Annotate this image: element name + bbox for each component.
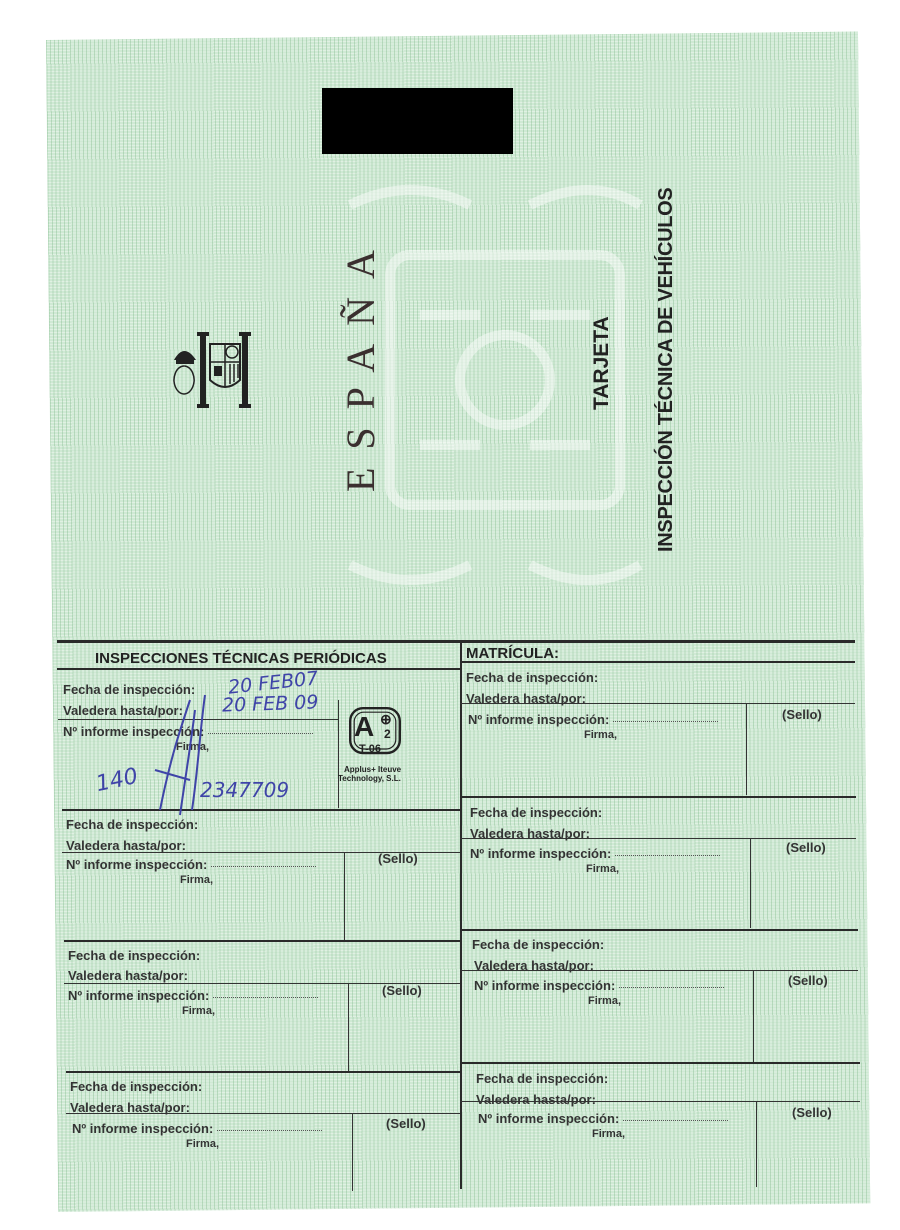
center-divider (460, 641, 462, 1189)
sello-label: (Sello) (782, 707, 822, 722)
valedera-label: Valedera hasta/por: (476, 1092, 596, 1107)
firma-label: Firma, (182, 1005, 215, 1017)
informe-input[interactable] (615, 855, 720, 856)
sello-label: (Sello) (788, 973, 828, 988)
informe-input[interactable] (619, 987, 724, 988)
block-divider (460, 929, 858, 931)
handwritten-valedera: 20 FEB 09 (222, 691, 319, 716)
row-divider (460, 1101, 860, 1102)
informe-label: Nº informe inspección: (468, 712, 609, 727)
block-divider (62, 809, 460, 811)
sello-label: (Sello) (792, 1105, 832, 1120)
informe-label: Nº informe inspección: (474, 978, 615, 993)
row-divider (460, 703, 855, 704)
sello-label: (Sello) (386, 1116, 426, 1131)
informe-label: Nº informe inspección: (66, 857, 207, 872)
firma-label: Firma, (592, 1128, 625, 1140)
sello-divider (753, 970, 754, 1062)
country-title: ESPAÑA (285, 230, 365, 510)
informe-label: Nº informe inspección: (470, 846, 611, 861)
block-divider (460, 1062, 860, 1064)
stamp-company-line1: Applus+ Iteuve (344, 765, 401, 774)
country-name: ESPAÑA (337, 232, 384, 492)
firma-label: Firma, (186, 1138, 219, 1150)
sello-divider (750, 838, 751, 928)
fecha-label: Fecha de inspección: (472, 937, 604, 952)
card-title-text: INSPECCIÓN TÉCNICA DE VEHÍCULOS (655, 188, 678, 552)
row-divider (460, 970, 858, 971)
form-top-border (57, 640, 855, 643)
row-divider (460, 838, 856, 839)
fecha-label: Fecha de inspección: (466, 670, 598, 685)
informe-label: Nº informe inspección: (478, 1111, 619, 1126)
itv-stamp-icon (340, 705, 410, 765)
sello-label: (Sello) (786, 840, 826, 855)
informe-row: Nº informe inspección: (66, 857, 316, 872)
spain-coat-of-arms-icon (172, 330, 258, 410)
sello-divider (352, 1113, 353, 1191)
sello-label: (Sello) (382, 983, 422, 998)
fecha-label: Fecha de inspección: (70, 1079, 202, 1094)
stamp-number: 2 (384, 727, 391, 741)
informe-row: Nº informe inspección: (474, 978, 724, 993)
valedera-label: Valedera hasta/por: (66, 838, 186, 853)
redacted-block (322, 88, 513, 154)
stamp-code: T-06 (359, 743, 381, 755)
informe-input[interactable] (217, 1130, 322, 1131)
informe-input[interactable] (208, 733, 313, 734)
fecha-label: Fecha de inspección: (476, 1071, 608, 1086)
stamp-letter: A (354, 711, 374, 743)
right-header: MATRÍCULA: (466, 645, 559, 662)
left-header-divider (57, 668, 460, 670)
card-type-text: TARJETA (590, 316, 614, 410)
signature-scribble-icon (130, 690, 220, 820)
stamp-plus: ⊕ (380, 711, 392, 728)
informe-input[interactable] (211, 866, 316, 867)
informe-row: Nº informe inspección: (470, 846, 720, 861)
sello-divider (746, 703, 747, 795)
sello-divider (344, 852, 345, 940)
informe-row: Nº informe inspección: (478, 1111, 728, 1126)
informe-input[interactable] (613, 721, 718, 722)
firma-label: Firma, (584, 729, 617, 741)
left-header: INSPECCIONES TÉCNICAS PERIÓDICAS (95, 650, 387, 667)
informe-row: Nº informe inspección: (72, 1121, 322, 1136)
firma-label: Firma, (586, 863, 619, 875)
row-divider (66, 1113, 460, 1114)
block-divider (66, 1071, 460, 1073)
stamp-company-line2: Technology, S.L. (338, 774, 401, 783)
block-divider (64, 940, 460, 942)
firma-label: Firma, (180, 874, 213, 886)
informe-input[interactable] (623, 1120, 728, 1121)
informe-label: Nº informe inspección: (68, 988, 209, 1003)
sello-divider (348, 983, 349, 1071)
sello-divider (338, 700, 339, 808)
informe-row: Nº informe inspección: (468, 712, 718, 727)
block-divider (460, 796, 856, 798)
fecha-label: Fecha de inspección: (470, 805, 602, 820)
fecha-label: Fecha de inspección: (68, 948, 200, 963)
informe-label: Nº informe inspección: (72, 1121, 213, 1136)
informe-row: Nº informe inspección: (68, 988, 318, 1003)
sello-label: (Sello) (378, 851, 418, 866)
informe-input[interactable] (213, 997, 318, 998)
inspection-stamp: A ⊕ 2 T-06 Applus+ Iteuve Technology, S.… (340, 705, 410, 780)
valedera-label: Valedera hasta/por: (68, 968, 188, 983)
sello-divider (756, 1101, 757, 1187)
firma-label: Firma, (588, 995, 621, 1007)
